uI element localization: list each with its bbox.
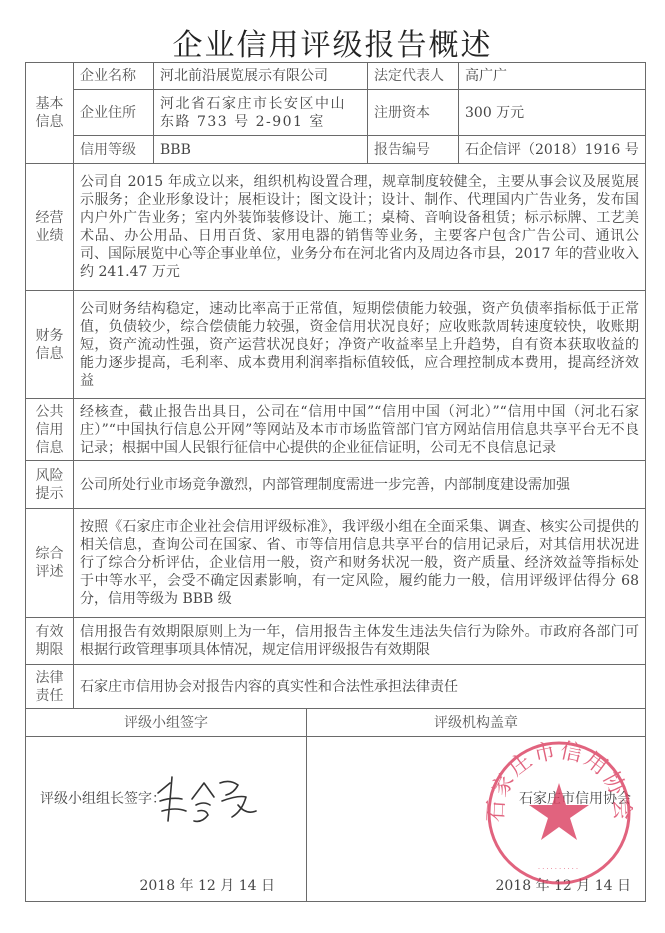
section-row-validity: 有效期限 信用报告有效期限原则上为一年，信用报告主体发生违法失信行为除外。市政府… xyxy=(26,618,646,665)
row-address: 企业住所 河北省石家庄市长安区中山东路 733 号 2-901 室 注册资本 3… xyxy=(26,90,646,136)
report-table: 基本信息 企业名称 河北前沿展览展示有限公司 法定代表人 高广广 企业住所 河北… xyxy=(25,62,646,709)
company-name-label: 企业名称 xyxy=(74,63,154,90)
address-label: 企业住所 xyxy=(74,90,154,136)
section-label-summary: 综合评述 xyxy=(26,509,74,618)
section-row-risk: 风险提示 公司所处行业市场竞争激烈，内部管理制度需进一步完善，内部制度建设需加强 xyxy=(26,461,646,509)
legal-rep-label: 法定代表人 xyxy=(368,63,459,90)
section-label-validity: 有效期限 xyxy=(26,618,74,665)
section-text-summary: 按照《石家庄市企业社会信用评级标准》，我评级小组在全面采集、调查、核实公司提供的… xyxy=(74,509,646,618)
row-credit-grade: 信用等级 BBB 报告编号 石企信评（2018）1916 号 xyxy=(26,136,646,164)
signature-table: 评级小组签字 评级机构盖章 评级小组组长签字： 2018 年 12 月 14 日… xyxy=(25,708,646,902)
section-row-finance: 财务信息 公司财务结构稳定，速动比率高于正常值，短期偿债能力较强，资产负债率指标… xyxy=(26,291,646,399)
section-text-risk: 公司所处行业市场竞争激烈，内部管理制度需进一步完善，内部制度建设需加强 xyxy=(74,461,646,509)
signature-body-row: 评级小组组长签字： 2018 年 12 月 14 日 石家庄市信用协会 xyxy=(26,737,646,902)
address-value: 河北省石家庄市长安区中山东路 733 号 2-901 室 xyxy=(154,90,368,136)
credit-grade-value: BBB xyxy=(154,136,368,164)
signature-header-row: 评级小组签字 评级机构盖章 xyxy=(26,709,646,737)
section-label-risk: 风险提示 xyxy=(26,461,74,509)
section-row-public-credit: 公共信用信息 经核查，截止报告出具日，公司在“信用中国”“信用中国（河北）”“信… xyxy=(26,399,646,461)
section-label-legal: 法律责任 xyxy=(26,665,74,709)
legal-rep-value: 高广广 xyxy=(459,63,646,90)
section-row-summary: 综合评述 按照《石家庄市企业社会信用评级标准》，我评级小组在全面采集、调查、核实… xyxy=(26,509,646,618)
report-no-value: 石企信评（2018）1916 号 xyxy=(459,136,646,164)
page-title: 企业信用评级报告概述 xyxy=(0,20,665,64)
section-text-validity: 信用报告有效期限原则上为一年，信用报告主体发生违法失信行为除外。市政府各部门可根… xyxy=(74,618,646,665)
official-stamp-icon: 石家庄市信用协会 ·········· xyxy=(485,739,633,887)
section-text-finance: 公司财务结构稳定，速动比率高于正常值，短期偿债能力较强，资产负债率指标低于正常值… xyxy=(74,291,646,399)
section-label-text: 风险提示 xyxy=(35,467,65,503)
company-name-value: 河北前沿展览展示有限公司 xyxy=(154,63,368,90)
section-label-text: 综合评述 xyxy=(35,545,65,581)
team-sign-date: 2018 年 12 月 14 日 xyxy=(139,877,275,895)
section-row-legal: 法律责任 石家庄市信用协会对报告内容的真实性和合法性承担法律责任 xyxy=(26,665,646,709)
team-signature-header: 评级小组签字 xyxy=(26,709,307,737)
section-text-business: 公司自 2015 年成立以来，组织机构设置合理，规章制度较健全，主要从事会议及展… xyxy=(74,164,646,291)
section-text-public-credit: 经核查，截止报告出具日，公司在“信用中国”“信用中国（河北）”“信用中国（河北石… xyxy=(74,399,646,461)
org-stamp-header: 评级机构盖章 xyxy=(307,709,646,737)
section-label-text: 财务信息 xyxy=(35,327,65,363)
handwritten-signature-icon xyxy=(152,771,262,831)
section-label-text: 公共信用信息 xyxy=(35,403,65,457)
section-label-public-credit: 公共信用信息 xyxy=(26,399,74,461)
section-label-text: 基本信息 xyxy=(35,95,65,131)
leader-signature-label: 评级小组组长签字： xyxy=(40,790,166,808)
section-label-basic-info: 基本信息 xyxy=(26,63,74,164)
section-label-text: 经营业绩 xyxy=(35,209,65,245)
section-label-text: 法律责任 xyxy=(35,669,65,705)
section-text-legal: 石家庄市信用协会对报告内容的真实性和合法性承担法律责任 xyxy=(74,665,646,709)
svg-text:··········: ·········· xyxy=(538,865,580,873)
report-no-label: 报告编号 xyxy=(368,136,459,164)
section-label-business: 经营业绩 xyxy=(26,164,74,291)
row-company-name: 基本信息 企业名称 河北前沿展览展示有限公司 法定代表人 高广广 xyxy=(26,63,646,90)
registered-capital-value: 300 万元 xyxy=(459,90,646,136)
section-label-finance: 财务信息 xyxy=(26,291,74,399)
section-row-business: 经营业绩 公司自 2015 年成立以来，组织机构设置合理，规章制度较健全，主要从… xyxy=(26,164,646,291)
registered-capital-label: 注册资本 xyxy=(368,90,459,136)
section-label-text: 有效期限 xyxy=(35,623,65,659)
org-stamp-cell: 石家庄市信用协会 石家庄市信用协会 ·········· 2018 年 12 月… xyxy=(307,737,646,902)
credit-grade-label: 信用等级 xyxy=(74,136,154,164)
team-signature-cell: 评级小组组长签字： 2018 年 12 月 14 日 xyxy=(26,737,307,902)
